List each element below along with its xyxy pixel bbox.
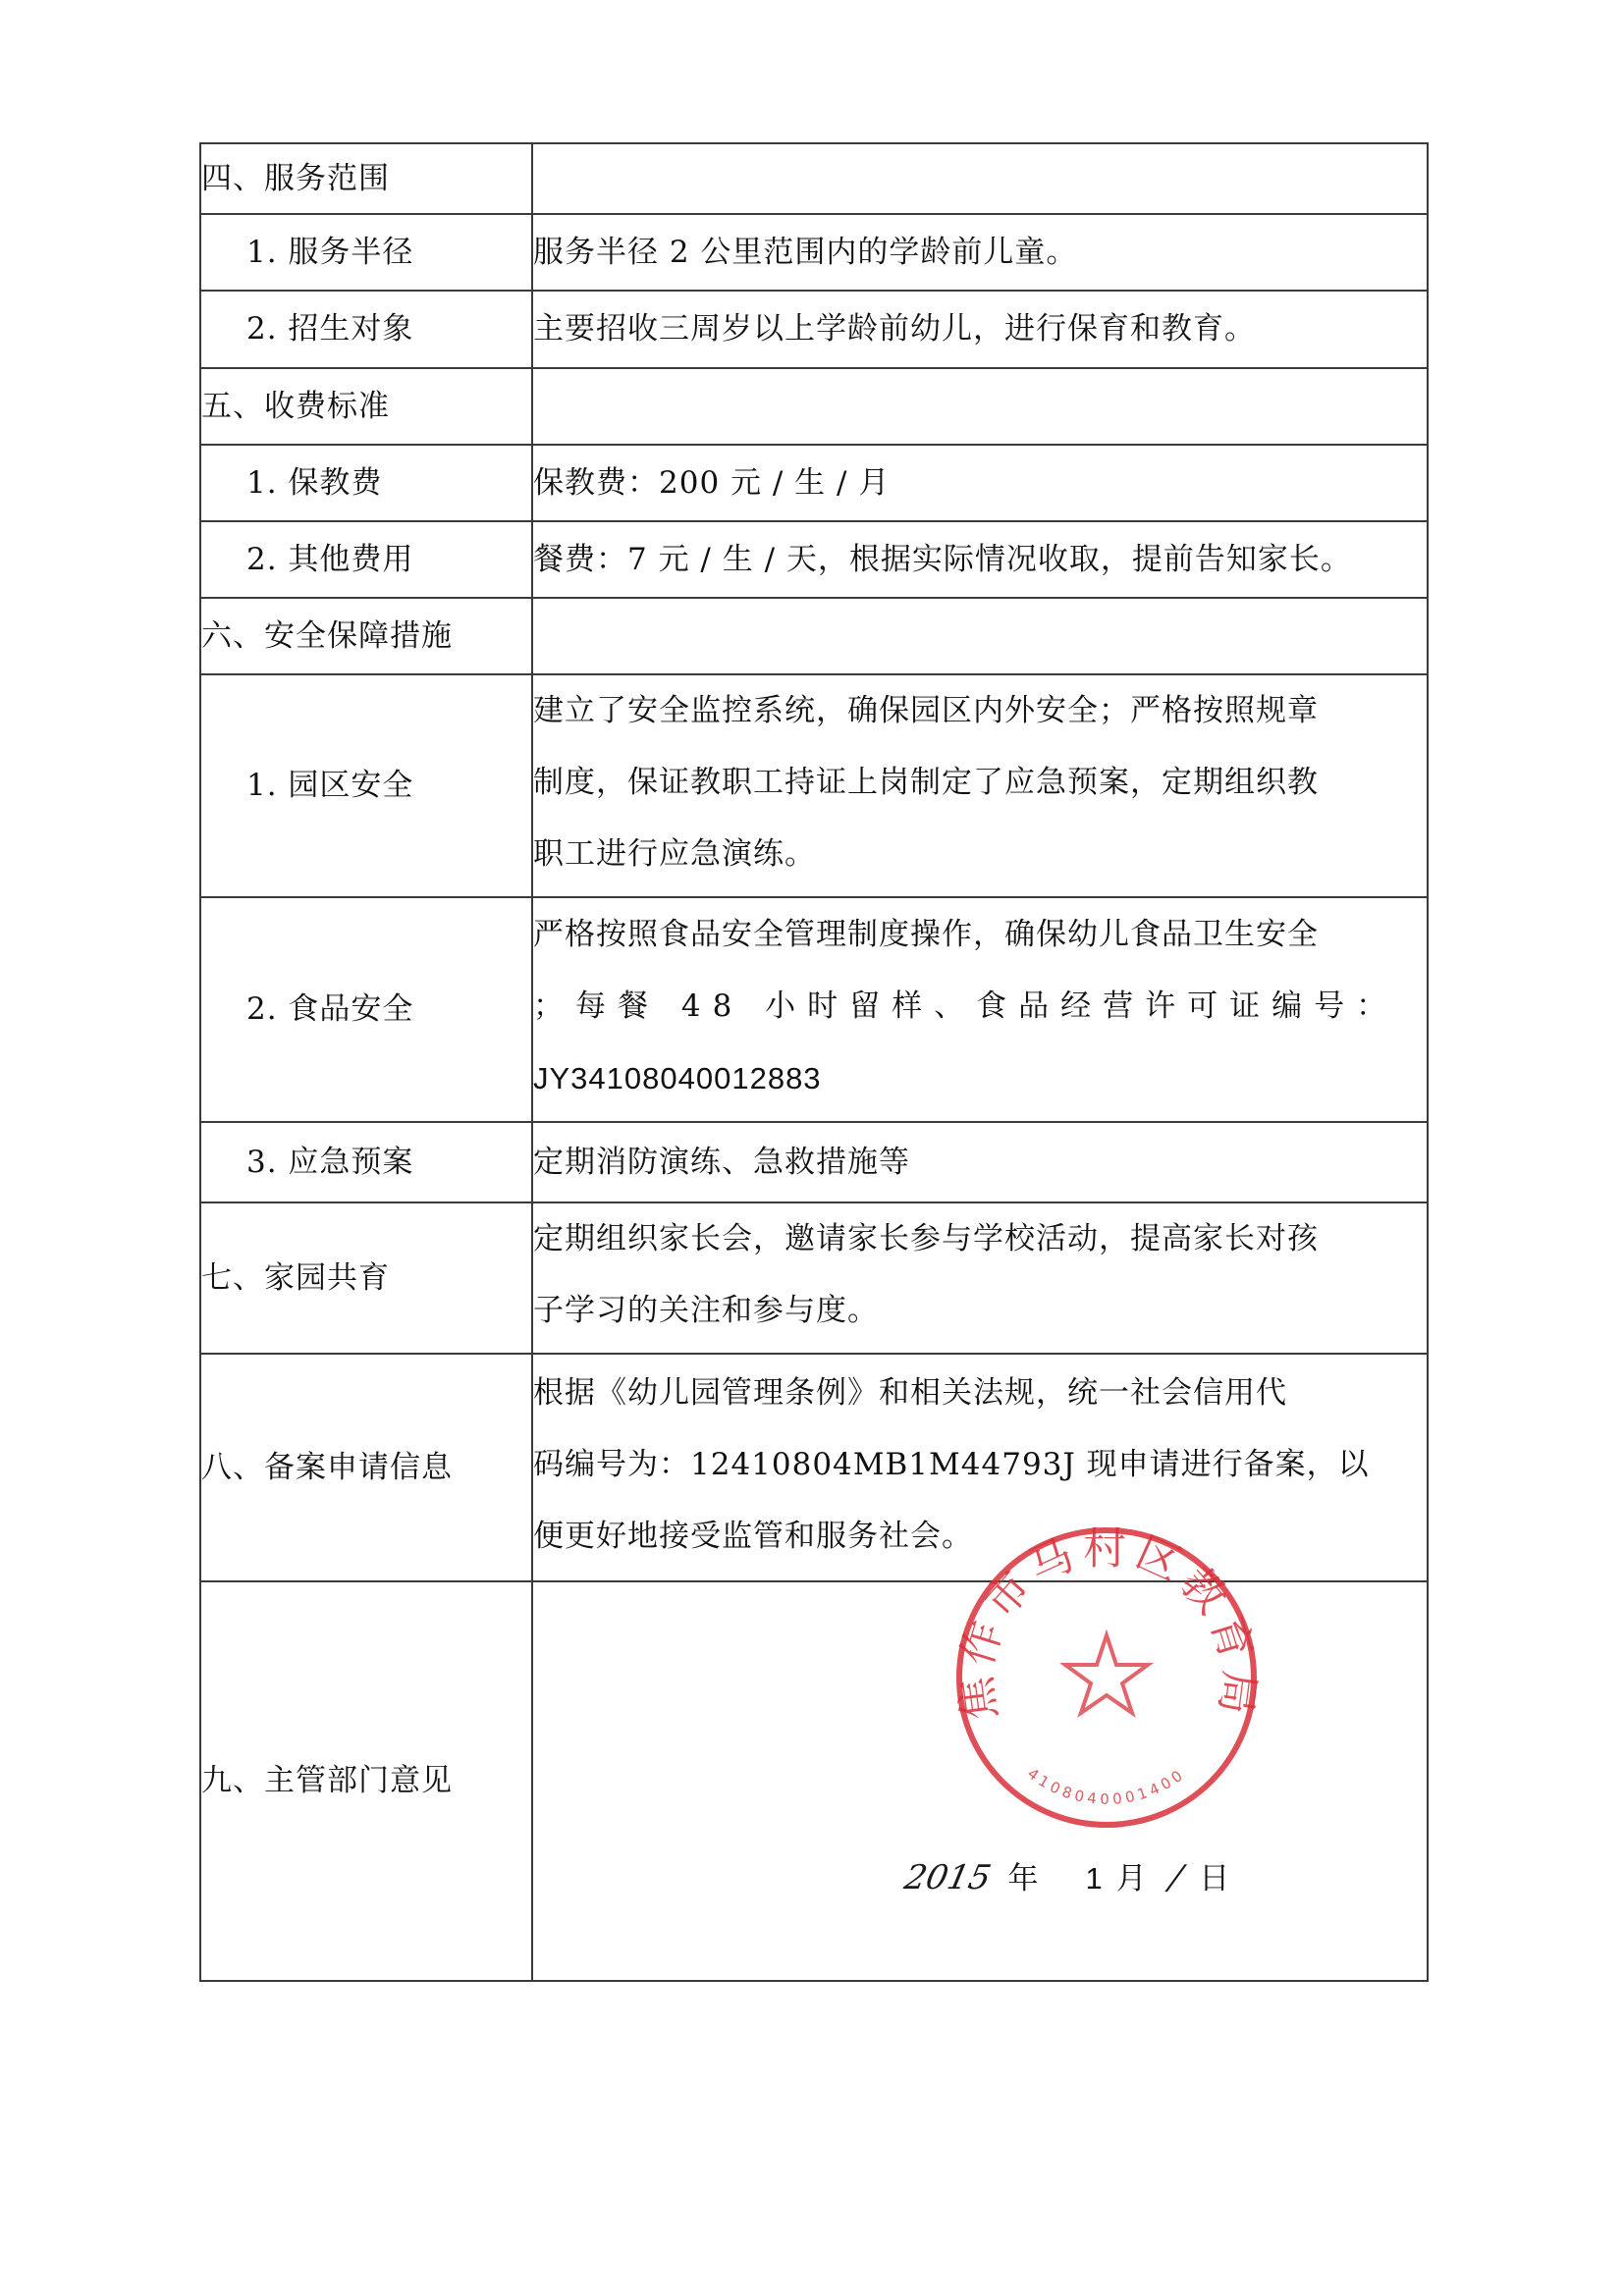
content-line: 便更好地接受监管和服务社会。 [533,1501,1427,1573]
table-row-emergency-plan: 3. 应急预案 定期消防演练、急救措施等 [200,1122,1428,1202]
table-row-home-school: 七、家园共育 定期组织家长会，邀请家长参与学校活动，提高家长对孩 子学习的关注和… [200,1202,1428,1354]
row-label: 2. 招生对象 [200,291,532,368]
year-label: 年 [1008,1853,1039,1897]
row-content: 定期消防演练、急救措施等 [532,1122,1428,1202]
row-content: 保教费：200 元 / 生 / 月 [532,445,1428,521]
content-line: 制度，保证教职工持证上岗制定了应急预案，定期组织教 [533,747,1427,819]
table-row-campus-safety: 1. 园区安全 建立了安全监控系统，确保园区内外安全；严格按照规章 制度，保证教… [200,674,1428,897]
content-line: 子学习的关注和参与度。 [533,1275,1427,1347]
table-row-filing-application: 八、备案申请信息 根据《幼儿园管理条例》和相关法规，统一社会信用代 码编号为：1… [200,1354,1428,1581]
handwritten-year: 2015 [901,1858,995,1897]
filing-info-table: 四、服务范围 1. 服务半径 服务半径 2 公里范围内的学龄前儿童。 2. 招生… [199,142,1429,1982]
content-line: 职工进行应急演练。 [533,819,1427,890]
row-label: 1. 服务半径 [200,214,532,291]
row-content: 建立了安全监控系统，确保园区内外安全；严格按照规章 制度，保证教职工持证上岗制定… [532,674,1428,897]
table-row-safety-measures: 六、安全保障措施 [200,598,1428,674]
row-content: 严格按照食品安全管理制度操作，确保幼儿食品卫生安全 ；每餐 48 小时留样、食品… [532,897,1428,1122]
food-license-number: JY34108040012883 [533,1042,1427,1114]
day-label: 日 [1199,1853,1229,1897]
row-label: 2. 食品安全 [200,897,532,1122]
month-value: 1 [1086,1861,1103,1896]
table-row-service-scope: 四、服务范围 [200,143,1428,214]
row-label: 四、服务范围 [200,143,532,214]
table-row-food-safety: 2. 食品安全 严格按照食品安全管理制度操作，确保幼儿食品卫生安全 ；每餐 48… [200,897,1428,1122]
table-row-enrollment-target: 2. 招生对象 主要招收三周岁以上学龄前幼儿，进行保育和教育。 [200,291,1428,368]
row-label: 七、家园共育 [200,1202,532,1354]
row-content: 餐费：7 元 / 生 / 天，根据实际情况收取，提前告知家长。 [532,521,1428,598]
content-line: 严格按照食品安全管理制度操作，确保幼儿食品卫生安全 [533,899,1427,971]
row-label: 3. 应急预案 [200,1122,532,1202]
table-row-service-radius: 1. 服务半径 服务半径 2 公里范围内的学龄前儿童。 [200,214,1428,291]
table-row-other-fees: 2. 其他费用 餐费：7 元 / 生 / 天，根据实际情况收取，提前告知家长。 [200,521,1428,598]
row-content [532,143,1428,214]
authority-opinion-cell [532,1581,1428,1981]
row-label: 五、收费标准 [200,368,532,445]
table-row-tuition-fee: 1. 保教费 保教费：200 元 / 生 / 月 [200,445,1428,521]
signature-date: 2015 年 1 月 / 日 [905,1853,1229,1897]
row-label: 1. 保教费 [200,445,532,521]
content-line: 定期组织家长会，邀请家长参与学校活动，提高家长对孩 [533,1203,1427,1275]
row-content [532,598,1428,674]
table-row-fee-standard: 五、收费标准 [200,368,1428,445]
row-label: 九、主管部门意见 [200,1581,532,1981]
content-line: 根据《幼儿园管理条例》和相关法规，统一社会信用代 [533,1358,1427,1429]
content-line: ；每餐 48 小时留样、食品经营许可证编号： [533,971,1427,1042]
table-row-authority-opinion: 九、主管部门意见 [200,1581,1428,1981]
row-label: 1. 园区安全 [200,674,532,897]
row-content: 服务半径 2 公里范围内的学龄前儿童。 [532,214,1428,291]
row-content: 定期组织家长会，邀请家长参与学校活动，提高家长对孩 子学习的关注和参与度。 [532,1202,1428,1354]
row-label: 2. 其他费用 [200,521,532,598]
row-content [532,368,1428,445]
row-label: 八、备案申请信息 [200,1354,532,1581]
row-content: 主要招收三周岁以上学龄前幼儿，进行保育和教育。 [532,291,1428,368]
content-line: 码编号为：12410804MB1M44793J 现申请进行备案，以 [533,1429,1427,1501]
content-line: 建立了安全监控系统，确保园区内外安全；严格按照规章 [533,675,1427,747]
row-content: 根据《幼儿园管理条例》和相关法规，统一社会信用代 码编号为：12410804MB… [532,1354,1428,1581]
month-label: 月 [1116,1853,1147,1897]
row-label: 六、安全保障措施 [200,598,532,674]
handwritten-day: / [1166,1858,1186,1897]
